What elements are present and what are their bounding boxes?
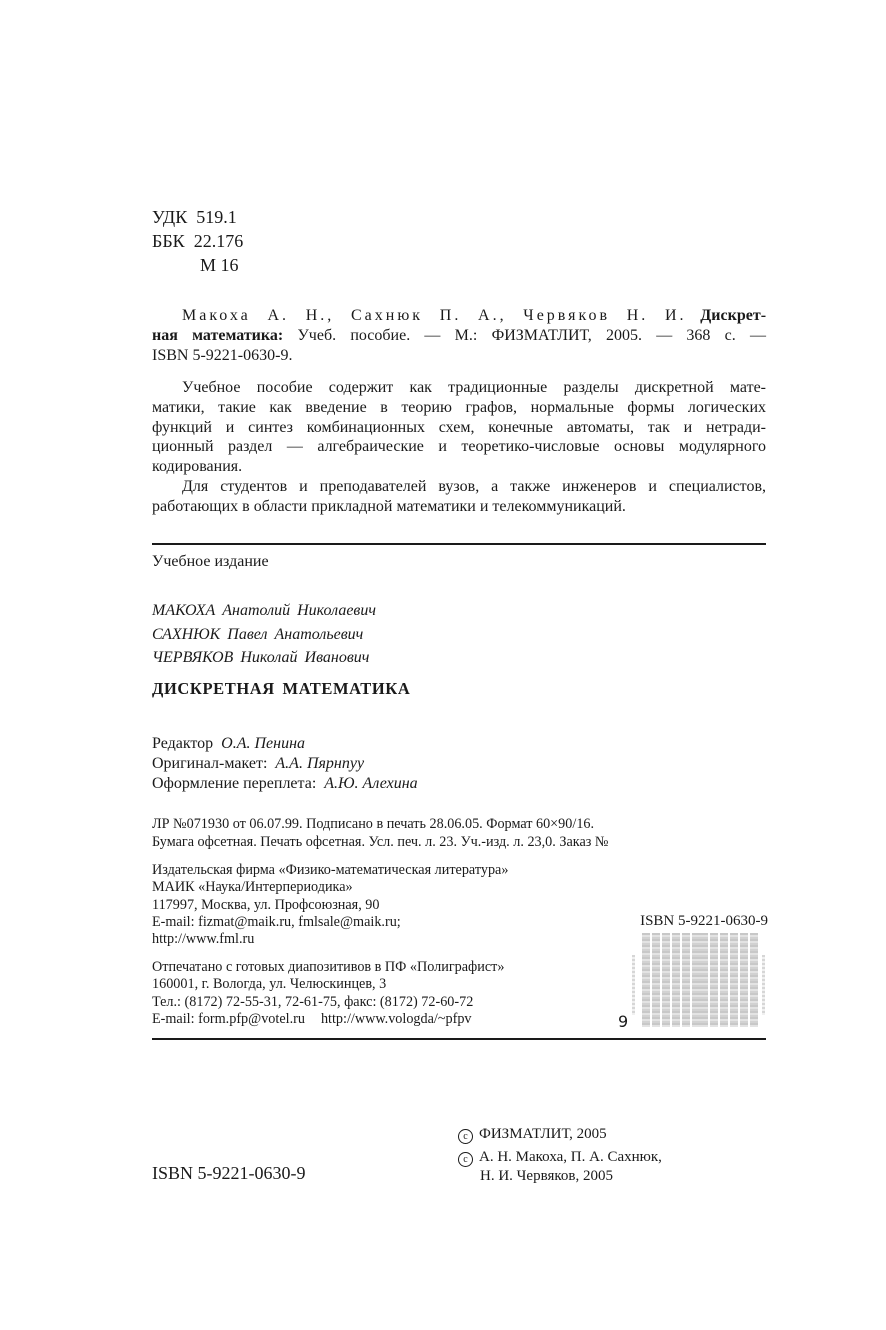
barcode-guard-right [762, 955, 765, 1015]
book-title: ДИСКРЕТНАЯ МАТЕМАТИКА [152, 679, 410, 699]
abstract-line: кодирования. [152, 457, 766, 477]
staff-editor: РедакторО.А. Пенина [152, 734, 418, 754]
printer-email: E-mail: form.pfp@votel.ru [152, 1011, 305, 1027]
abstract-line: Учебное пособие содержит как традиционны… [152, 378, 766, 398]
barcode-guard-left [632, 955, 635, 1015]
biblio-title-part2: ная математика: [152, 327, 283, 344]
abstract-line: ционный раздел — алгебраические и теорет… [152, 437, 766, 457]
audience-line: Для студентов и преподавателей вузов, а … [152, 477, 766, 497]
classification-block: УДК 519.1 ББК 22.176 М 16 [152, 205, 243, 277]
bbk-label: ББК [152, 231, 185, 251]
biblio-isbn: ISBN 5-9221-0630-9. [152, 346, 766, 366]
staff-layout: Оригинал-макет:А.А. Пярнпуу [152, 754, 418, 774]
staff-name: А.А. Пярнпуу [267, 755, 364, 772]
publisher-info: Издательская фирма «Физико-математическа… [152, 862, 508, 948]
staff-role: Оригинал-макет: [152, 755, 267, 772]
printer-name: Отпечатано с готовых диапозитивов в ПФ «… [152, 959, 504, 976]
publisher-website: http://www.fml.ru [152, 931, 508, 948]
author-full-name: МАКОХА Анатолий Николаевич [152, 599, 376, 623]
printer-info: Отпечатано с готовых диапозитивов в ПФ «… [152, 959, 504, 1028]
biblio-line-1: Макоха А. Н., Сахнюк П. А., Червяков Н. … [152, 306, 766, 326]
bibliographic-record: Макоха А. Н., Сахнюк П. А., Червяков Н. … [152, 306, 766, 366]
udk-label: УДК [152, 207, 187, 227]
technical-info-line: ЛР №071930 от 06.07.99. Подписано в печа… [152, 816, 608, 834]
copyright-publisher: cФИЗМАТЛИТ, 2005 [458, 1125, 662, 1144]
copyright-block: cФИЗМАТЛИТ, 2005 cА. Н. Макоха, П. А. Са… [458, 1125, 662, 1186]
staff-name: О.А. Пенина [213, 735, 305, 752]
copyright-authors-text-cont: Н. И. Червяков, 2005 [458, 1167, 662, 1186]
technical-info-line: Бумага офсетная. Печать офсетная. Усл. п… [152, 834, 608, 852]
technical-info: ЛР №071930 от 06.07.99. Подписано в печа… [152, 816, 608, 851]
copyright-icon: c [458, 1129, 473, 1144]
biblio-authors: Макоха А. Н., Сахнюк П. А., Червяков Н. … [182, 307, 687, 324]
bbk-value: 22.176 [194, 231, 244, 251]
biblio-publication-info: Учеб. пособие. — М.: ФИЗМАТЛИТ, 2005. — … [297, 327, 766, 344]
barcode-lead-digit: 9 [618, 1012, 628, 1031]
isbn-bottom: ISBN 5-9221-0630-9 [152, 1163, 306, 1184]
printer-address: 160001, г. Вологда, ул. Челюскинцев, 3 [152, 976, 504, 993]
copyright-publisher-text: ФИЗМАТЛИТ, 2005 [479, 1126, 607, 1142]
copyright-authors: cА. Н. Макоха, П. А. Сахнюк, [458, 1148, 662, 1167]
udk-value: 519.1 [196, 207, 237, 227]
barcode-bars-left [642, 933, 700, 1027]
barcode-isbn-text: ISBN 5-9221-0630-9 [640, 913, 768, 930]
divider-bottom [152, 1038, 766, 1040]
biblio-title-part1: Дискрет- [700, 307, 766, 324]
printer-phone: Тел.: (8172) 72-55-31, 72-61-75, факс: (… [152, 994, 504, 1011]
edition-type: Учебное издание [152, 552, 269, 572]
author-mark: М 16 [152, 253, 243, 277]
copyright-authors-text: А. Н. Макоха, П. А. Сахнюк, [479, 1149, 662, 1165]
printer-contacts: E-mail: form.pfp@votel.ruhttp://www.volo… [152, 1011, 504, 1028]
staff-cover: Оформление переплета:А.Ю. Алехина [152, 774, 418, 794]
udk-line: УДК 519.1 [152, 205, 243, 229]
printer-website: http://www.vologda/~pfpv [305, 1011, 472, 1027]
copyright-icon: c [458, 1152, 473, 1167]
abstract: Учебное пособие содержит как традиционны… [152, 378, 766, 517]
staff-name: А.Ю. Алехина [316, 775, 417, 792]
author-full-name: ЧЕРВЯКОВ Николай Иванович [152, 646, 376, 670]
staff-credits: РедакторО.А. Пенина Оригинал-макет:А.А. … [152, 734, 418, 794]
divider-top [152, 543, 766, 545]
publisher-parent: МАИК «Наука/Интерпериодика» [152, 879, 508, 896]
isbn-barcode: ISBN 5-9221-0630-9 9 [618, 913, 768, 1033]
audience-line: работающих в области прикладной математи… [152, 497, 766, 517]
abstract-line: матики, такие как введение в теорию граф… [152, 398, 766, 418]
barcode-bars-right [700, 933, 758, 1027]
abstract-line: функций и синтез комбинационных схем, ко… [152, 418, 766, 438]
staff-role: Редактор [152, 735, 213, 752]
author-full-name: САХНЮК Павел Анатольевич [152, 623, 376, 647]
bbk-line: ББК 22.176 [152, 229, 243, 253]
publisher-name: Издательская фирма «Физико-математическа… [152, 862, 508, 879]
publisher-email: E-mail: fizmat@maik.ru, fmlsale@maik.ru; [152, 914, 508, 931]
authors-full-list: МАКОХА Анатолий Николаевич САХНЮК Павел … [152, 599, 376, 670]
publisher-address: 117997, Москва, ул. Профсоюзная, 90 [152, 897, 508, 914]
biblio-line-2: ная математика: Учеб. пособие. — М.: ФИЗ… [152, 326, 766, 346]
staff-role: Оформление переплета: [152, 775, 316, 792]
